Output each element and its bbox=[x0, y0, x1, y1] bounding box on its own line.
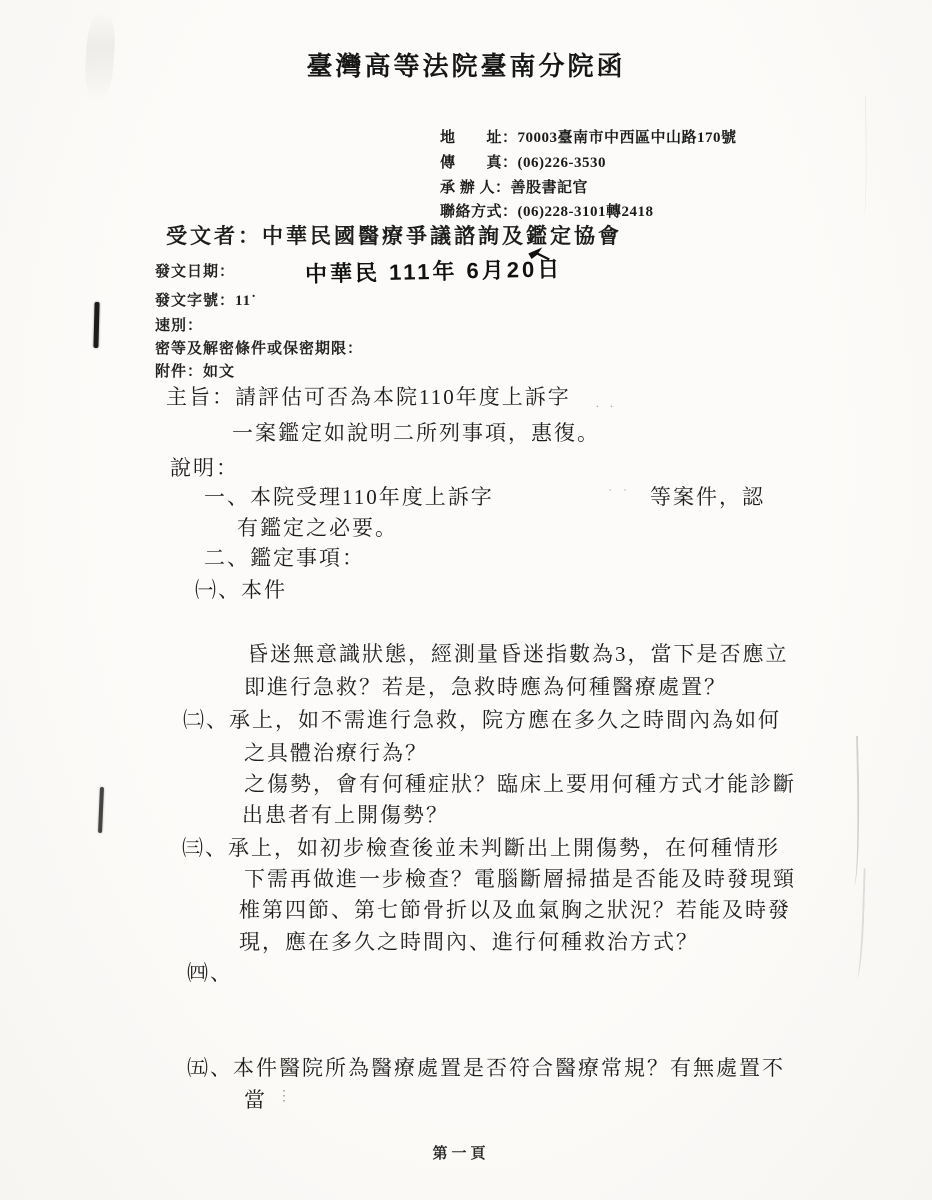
sender-contact: 聯絡方式：(06)228-3101轉2418 bbox=[440, 200, 654, 221]
scan-crease-artifact-2 bbox=[850, 868, 865, 978]
binding-mark-artifact-lower bbox=[98, 787, 104, 833]
scan-crease-artifact-1 bbox=[844, 736, 862, 886]
secrecy-line: 密等及解密條件或保密期限： bbox=[155, 337, 363, 358]
issue-date-stamp: 中華民 111年 6月20日 bbox=[305, 252, 563, 288]
item1-redaction-dots: ˙ ˙ bbox=[608, 486, 631, 501]
question3-line1: ㈢、承上，如初步檢查後並未判斷出上開傷勢，在何種情形 bbox=[182, 832, 780, 862]
question4-head: ㈣、 bbox=[187, 957, 233, 987]
question1-head: ㈠、本件 bbox=[195, 574, 287, 604]
doc-number-line: 發文字號：11˙ bbox=[155, 289, 257, 310]
document-title: 臺灣高等法院臺南分院函 bbox=[0, 46, 932, 83]
attachment-line: 附件：如文 bbox=[155, 360, 235, 381]
scanned-court-letter: 臺灣高等法院臺南分院函 地 址：70003臺南市中西區中山路170號 傳 真：(… bbox=[0, 0, 932, 1200]
question5-line2: 當 bbox=[244, 1084, 267, 1114]
question3-line2: 下需再做進一步檢查？電腦斷層掃描是否能及時發現頸 bbox=[244, 863, 796, 893]
scan-crease-artifact-3 bbox=[857, 96, 868, 216]
issue-date-label: 發文日期： bbox=[155, 260, 235, 281]
speed-line: 速別： bbox=[155, 314, 203, 335]
item1-text-post: 等案件，認 bbox=[650, 481, 765, 511]
question2-line4: 出患者有上開傷勢？ bbox=[242, 799, 449, 829]
subject-redaction-dots: . . bbox=[596, 396, 617, 411]
subject-line-1: 主旨：請評估可否為本院110年度上訴字 bbox=[166, 381, 571, 411]
item1-text: 一、本院受理110年度上訴字 bbox=[204, 481, 494, 511]
question3-line3: 椎第四節、第七節骨折以及血氣胸之狀況？若能及時發 bbox=[239, 894, 791, 924]
question5-line1: ㈤、本件醫院所為醫療處置是否符合醫療常規？有無處置不 bbox=[187, 1052, 785, 1082]
sender-address: 地 址：70003臺南市中西區中山路170號 bbox=[440, 126, 737, 147]
sender-fax: 傳 真：(06)226-3530 bbox=[440, 151, 606, 172]
binding-mark-artifact-upper bbox=[93, 302, 99, 348]
question5-trailing-dots: ⋮ bbox=[277, 1088, 291, 1105]
question2-line2: 之具體治療行為？ bbox=[244, 737, 428, 767]
sender-handler: 承 辦 人：善股書記官 bbox=[440, 176, 588, 197]
item2-heading: 二、鑑定事項： bbox=[204, 542, 365, 572]
recipient-line: 受文者：中華民國醫療爭議諮詢及鑑定協會 bbox=[166, 220, 622, 250]
item1-continuation: 有鑑定之必要。 bbox=[237, 512, 398, 542]
page-number: 第一頁 bbox=[0, 1142, 922, 1163]
question2-line3: 之傷勢，會有何種症狀？臨床上要用何種方式才能診斷 bbox=[244, 768, 796, 798]
subject-line-2: 一案鑑定如說明二所列事項，惠復。 bbox=[232, 417, 600, 447]
explanation-heading: 說明： bbox=[170, 452, 239, 482]
cursor-arrow-artifact bbox=[526, 244, 553, 268]
question1-line1: 昏迷無意識狀態，經測量昏迷指數為3，當下是否應立 bbox=[247, 638, 789, 668]
question2-line1: ㈡、承上，如不需進行急救，院方應在多久之時間內為如何 bbox=[183, 704, 781, 734]
question3-line4: 現，應在多久之時間內、進行何種救治方式？ bbox=[239, 926, 699, 956]
question1-line2: 即進行急救？若是，急救時應為何種醫療處置？ bbox=[244, 671, 727, 701]
